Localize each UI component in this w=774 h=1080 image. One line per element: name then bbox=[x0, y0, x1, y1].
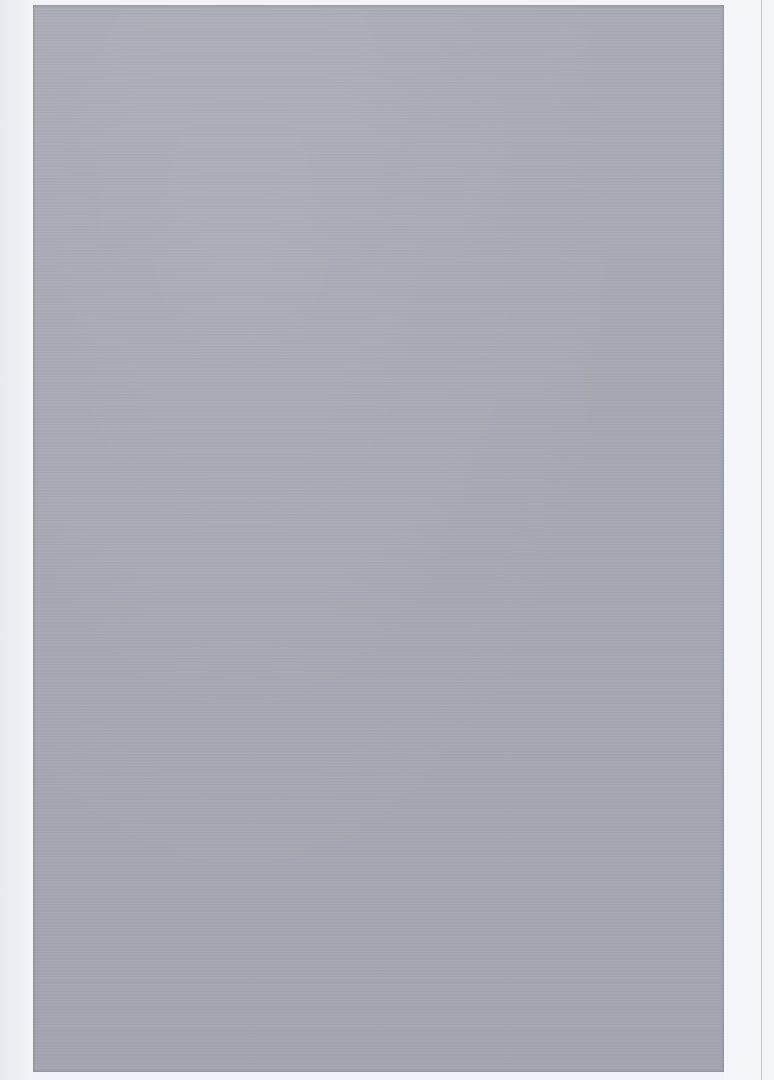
right-scan-margin bbox=[724, 0, 774, 1080]
scan-edge-line bbox=[761, 0, 762, 1080]
content-layer: .page .line { display:none; } bbox=[0, 0, 774, 1080]
